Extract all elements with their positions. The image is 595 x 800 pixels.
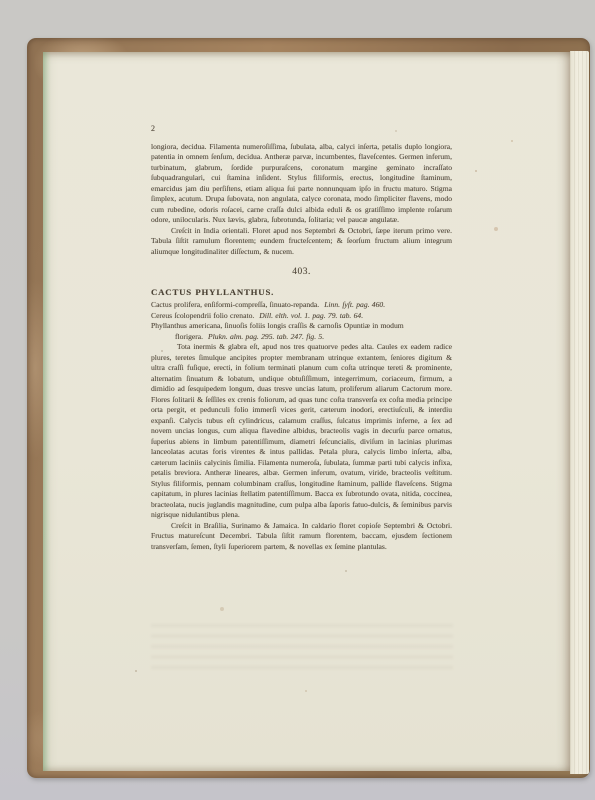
species-description: Tota inermis & glabra eſt, apud nos tres… [151, 342, 452, 521]
text-block: 2 longiora, decidua. Filamenta numeroſiſ… [151, 124, 452, 552]
entry-number: 403. [151, 267, 452, 278]
habitat-paragraph-brasilia: Creſcit in Braſilia, Surinamo & Jamaica.… [151, 521, 452, 553]
page-edge-tint [43, 52, 51, 771]
show-through-text [151, 624, 453, 670]
habitat-paragraph-india: Creſcit in India orientali. Floret apud … [151, 226, 452, 258]
synonym-entry: Phyllanthus americana, ſinuoſis foliis l… [151, 321, 452, 342]
book-cover: 2 longiora, decidua. Filamenta numeroſiſ… [27, 38, 590, 778]
book-page: 2 longiora, decidua. Filamenta numeroſiſ… [43, 52, 570, 771]
page-fore-edge [570, 51, 589, 774]
synonym-ref: Dill. elth. vol. 1. pag. 79. tab. 64. [259, 311, 363, 320]
synonym-entry: Cactus prolifera, enſiformi-compreſſa, ſ… [151, 300, 452, 311]
species-heading: CACTUS PHYLLANTHUS. [151, 287, 452, 298]
synonym-ref: Plukn. alm. pag. 295. tab. 247. fig. 5. [208, 332, 324, 341]
synonym-entry: Cereus ſcolopendrii folio crenato.Dill. … [151, 311, 452, 322]
synonym-name: Cactus prolifera, enſiformi-compreſſa, ſ… [151, 300, 319, 309]
foxing-specks [43, 52, 45, 54]
synonym-name: Cereus ſcolopendrii folio crenato. [151, 311, 254, 320]
continuation-paragraph: longiora, decidua. Filamenta numeroſiſſi… [151, 142, 452, 226]
synonym-ref: Linn. ſyſt. pag. 460. [324, 300, 385, 309]
page-number: 2 [151, 124, 452, 135]
